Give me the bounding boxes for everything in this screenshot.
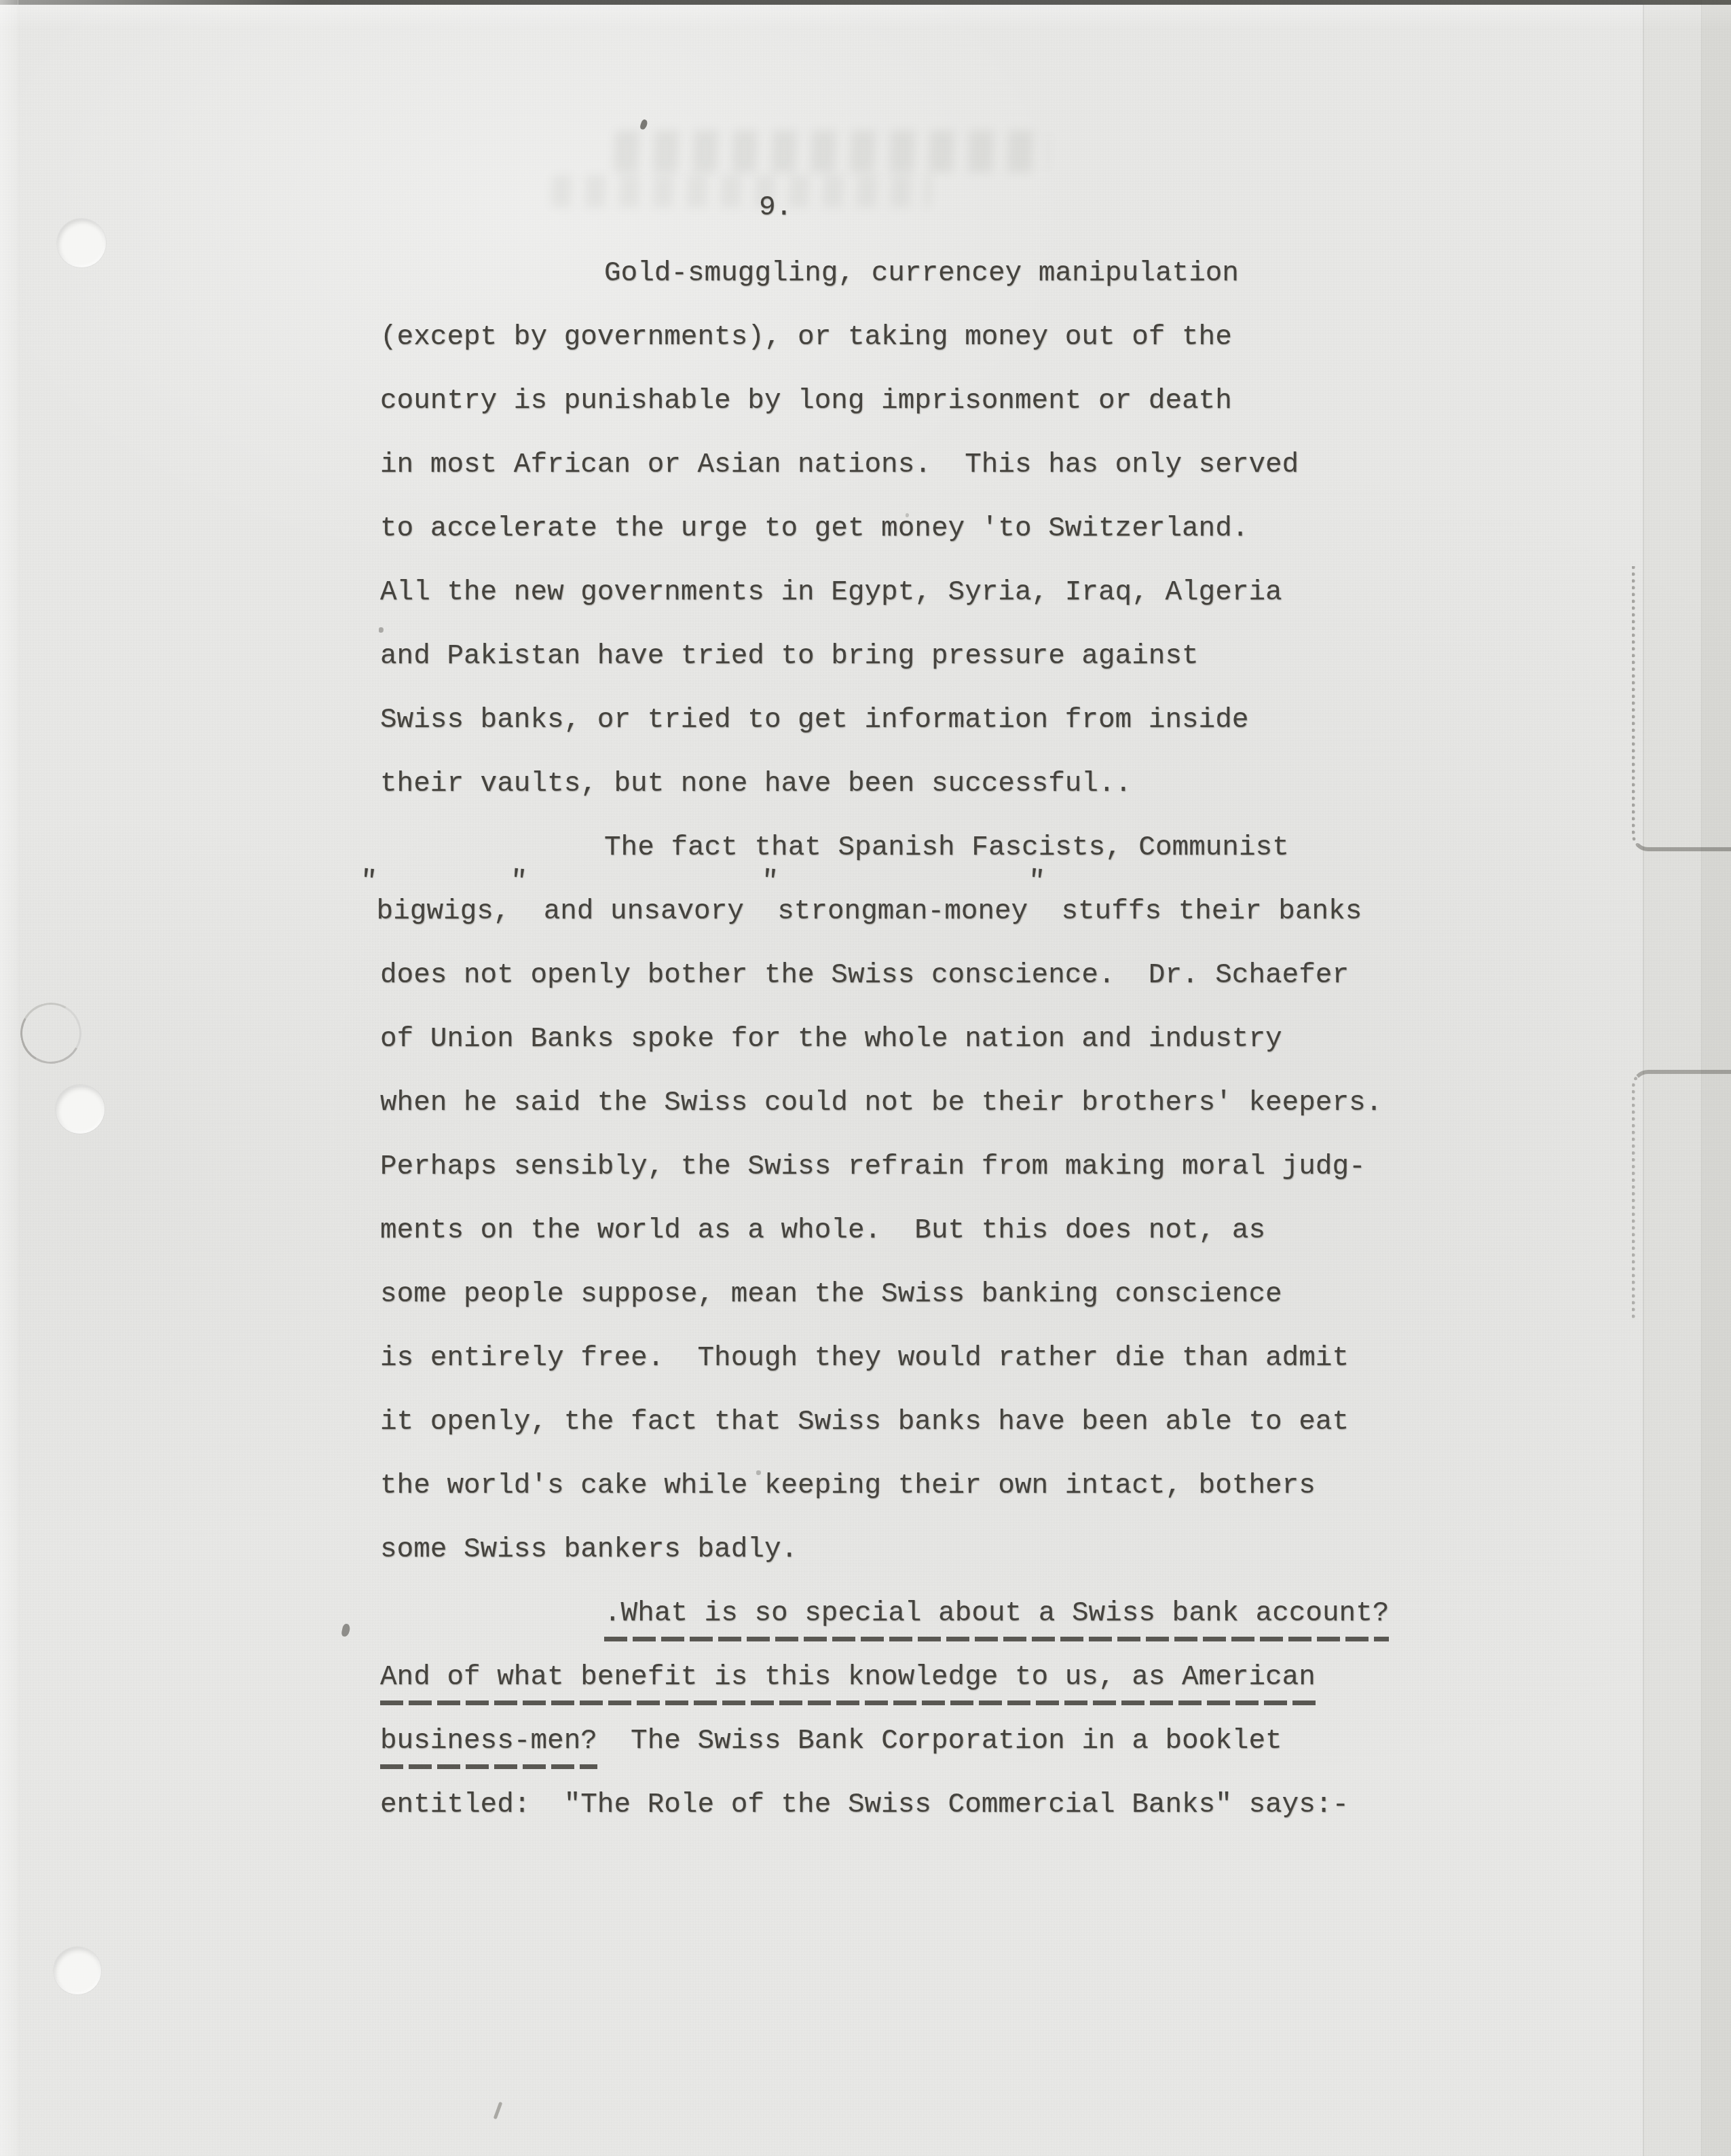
text-line: to accelerate the urge to get money 'to …	[380, 497, 1480, 561]
text-segment: their vaults, but none have been success…	[380, 768, 1132, 800]
ink-speck	[639, 119, 648, 130]
text-segment: Gold-smuggling, currencey manipulation	[604, 258, 1239, 289]
text-segment: ments on the world as a whole. But this …	[380, 1215, 1265, 1246]
text-segment: All the new governments in Egypt, Syria,…	[380, 577, 1282, 608]
punch-hole-ghost-ring	[14, 996, 88, 1071]
punch-hole	[56, 1085, 105, 1134]
text-segment: does not openly bother the Swiss conscie…	[380, 960, 1349, 991]
text-line: when he said the Swiss could not be thei…	[380, 1071, 1480, 1135]
text-line: it openly, the fact that Swiss banks hav…	[380, 1390, 1480, 1454]
text-segment: .What is so special about a Swiss bank a…	[604, 1598, 1389, 1641]
text-line: some Swiss bankers badly.	[380, 1518, 1480, 1582]
margin-bracket-mark	[1632, 566, 1731, 851]
text-line: And of what benefit is this knowledge to…	[380, 1646, 1480, 1709]
text-line: some people suppose, mean the Swiss bank…	[380, 1263, 1480, 1326]
page-number: 9.	[759, 176, 792, 240]
text-segment: some people suppose, mean the Swiss bank…	[380, 1279, 1282, 1310]
punch-hole	[54, 1947, 101, 1994]
text-line: All the new governments in Egypt, Syria,…	[380, 561, 1480, 625]
text-segment: of Union Banks spoke for the whole natio…	[380, 1024, 1282, 1055]
text-segment: Swiss banks, or tried to get information…	[380, 705, 1248, 736]
text-line: of Union Banks spoke for the whole natio…	[380, 1007, 1480, 1071]
text-line: is entirely free. Though they would rath…	[380, 1326, 1480, 1390]
text-segment: bigwigs,	[377, 896, 510, 927]
scan-top-edge	[0, 0, 1731, 5]
text-line: .What is so special about a Swiss bank a…	[380, 1582, 1480, 1646]
text-line: entitled: "The Role of the Swiss Commerc…	[380, 1773, 1480, 1837]
text-line: in most African or Asian nations. This h…	[380, 433, 1480, 497]
scanned-document-page: 9. Gold-smuggling, currencey manipulatio…	[0, 0, 1731, 2156]
text-segment: in most African or Asian nations. This h…	[380, 449, 1299, 481]
text-line: The fact that Spanish Fascists, Communis…	[380, 816, 1480, 880]
text-line: their vaults, but none have been success…	[380, 752, 1480, 816]
pencil-slash-mark	[494, 2102, 503, 2119]
text-segment: and unsavory	[527, 896, 760, 927]
text-segment: and Pakistan have tried to bring pressur…	[380, 641, 1199, 672]
text-segment: it openly, the fact that Swiss banks hav…	[380, 1407, 1349, 1438]
text-segment: some Swiss bankers badly.	[380, 1534, 798, 1565]
text-line: Gold-smuggling, currencey manipulation	[380, 242, 1480, 305]
text-segment: the world's cake while keeping their own…	[380, 1470, 1316, 1502]
typewritten-text-block: Gold-smuggling, currencey manipulation(e…	[380, 242, 1480, 1837]
text-segment: is entirely free. Though they would rath…	[380, 1343, 1349, 1374]
text-segment: Perhaps sensibly, the Swiss refrain from…	[380, 1151, 1366, 1183]
text-line: Swiss banks, or tried to get information…	[380, 688, 1480, 752]
text-segment: The fact that Spanish Fascists, Communis…	[604, 832, 1289, 863]
text-segment: to accelerate the urge to get money 'to …	[380, 513, 1248, 544]
text-segment: country is punishable by long imprisonme…	[380, 386, 1232, 417]
text-segment: And of what benefit is this knowledge to…	[380, 1662, 1316, 1705]
text-segment: (except by governments), or taking money…	[380, 322, 1232, 353]
text-segment: business-men?	[380, 1726, 597, 1769]
scan-top-highlight	[0, 5, 1731, 29]
ghost-stamp-bleedthrough	[614, 130, 1049, 172]
text-segment: stuffs their banks	[1045, 896, 1362, 927]
text-line: (except by governments), or taking money…	[380, 305, 1480, 369]
text-line: and Pakistan have tried to bring pressur…	[380, 625, 1480, 688]
text-segment: entitled: "The Role of the Swiss Commerc…	[380, 1789, 1349, 1821]
text-segment: strongman-money	[777, 896, 1028, 927]
text-line: business-men? The Swiss Bank Corporation…	[380, 1709, 1480, 1773]
margin-bracket-mark	[1632, 1070, 1731, 1318]
text-line: Perhaps sensibly, the Swiss refrain from…	[380, 1135, 1480, 1199]
ghost-stamp-bleedthrough	[551, 175, 932, 208]
text-segment: when he said the Swiss could not be thei…	[380, 1088, 1382, 1119]
text-line: country is punishable by long imprisonme…	[380, 369, 1480, 433]
ink-speck	[341, 1623, 351, 1637]
text-line: ″bigwigs,″ and unsavory ″strongman-money…	[360, 880, 1480, 944]
text-segment: The Swiss Bank Corporation in a booklet	[597, 1726, 1282, 1757]
scan-left-edge	[0, 0, 18, 2156]
text-line: the world's cake while keeping their own…	[380, 1454, 1480, 1518]
text-line: ments on the world as a whole. But this …	[380, 1199, 1480, 1263]
punch-hole	[57, 219, 106, 267]
text-line: does not openly bother the Swiss conscie…	[380, 944, 1480, 1007]
